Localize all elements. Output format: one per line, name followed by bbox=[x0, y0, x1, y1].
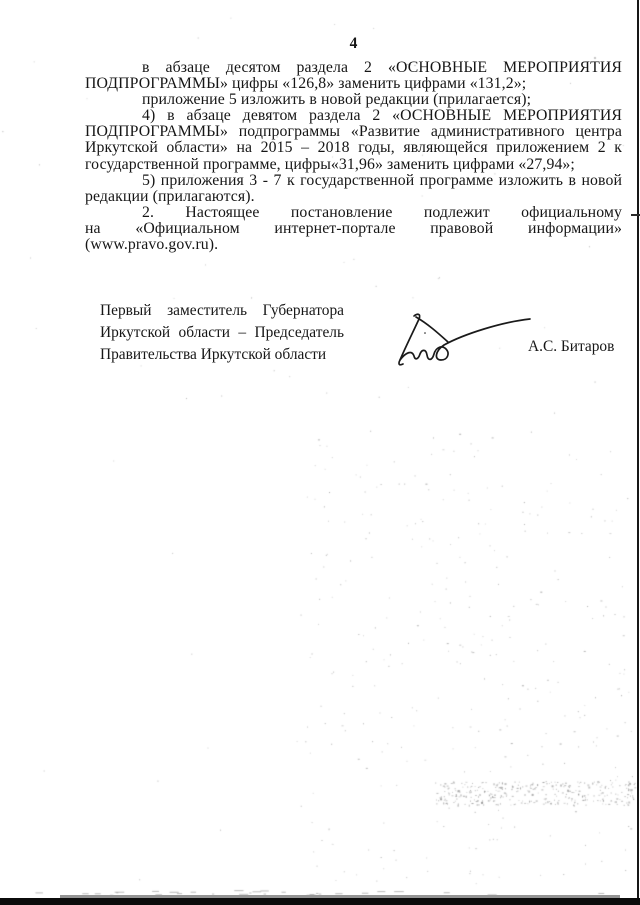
body-text-line: на «Официальном интернет-портале правово… bbox=[85, 221, 622, 237]
scan-bottom-bar bbox=[0, 898, 640, 905]
body-text-line: государственной программе, цифры«31,96» … bbox=[85, 157, 622, 173]
signatory-title-line: Первый заместитель Губернатора bbox=[100, 300, 344, 322]
body-text-line: ПОДПРОГРАММЫ» подпрограммы «Развитие адм… bbox=[85, 124, 622, 140]
body-text-line: в абзаце десятом раздела 2 «ОСНОВНЫЕ МЕР… bbox=[85, 60, 622, 76]
body-text-line: 2. Настоящее постановление подлежит офиц… bbox=[85, 205, 622, 221]
signatory-title: Первый заместитель ГубернатораИркутской … bbox=[100, 300, 344, 365]
body-text-line: 5) приложения 3 - 7 к государственной пр… bbox=[85, 173, 622, 189]
body-text-line: приложение 5 изложить в новой редакции (… bbox=[85, 92, 622, 108]
body-text-line: Иркутской области» на 2015 – 2018 годы, … bbox=[85, 140, 622, 156]
signatory-name: А.С. Битаров bbox=[528, 338, 614, 356]
body-text-line: редакции (прилагаются). bbox=[85, 189, 622, 205]
body-text-line: 4) в абзаце девятом раздела 2 «ОСНОВНЫЕ … bbox=[85, 108, 622, 124]
handwritten-signature-icon bbox=[390, 306, 538, 378]
scan-edge-tick bbox=[631, 214, 640, 216]
scanned-document-page: 4 в абзаце десятом раздела 2 «ОСНОВНЫЕ М… bbox=[0, 0, 640, 905]
scan-right-edge-line bbox=[637, 0, 639, 898]
body-text-line: ПОДПРОГРАММЫ» цифры «126,8» заменить циф… bbox=[85, 76, 622, 92]
signatory-title-line: Правительства Иркутской области bbox=[100, 344, 344, 366]
document-body: в абзаце десятом раздела 2 «ОСНОВНЫЕ МЕР… bbox=[85, 60, 622, 253]
signatory-title-line: Иркутской области – Председатель bbox=[100, 322, 344, 344]
body-text-line: (www.pravo.gov.ru). bbox=[85, 237, 622, 253]
page-number: 4 bbox=[85, 35, 622, 53]
